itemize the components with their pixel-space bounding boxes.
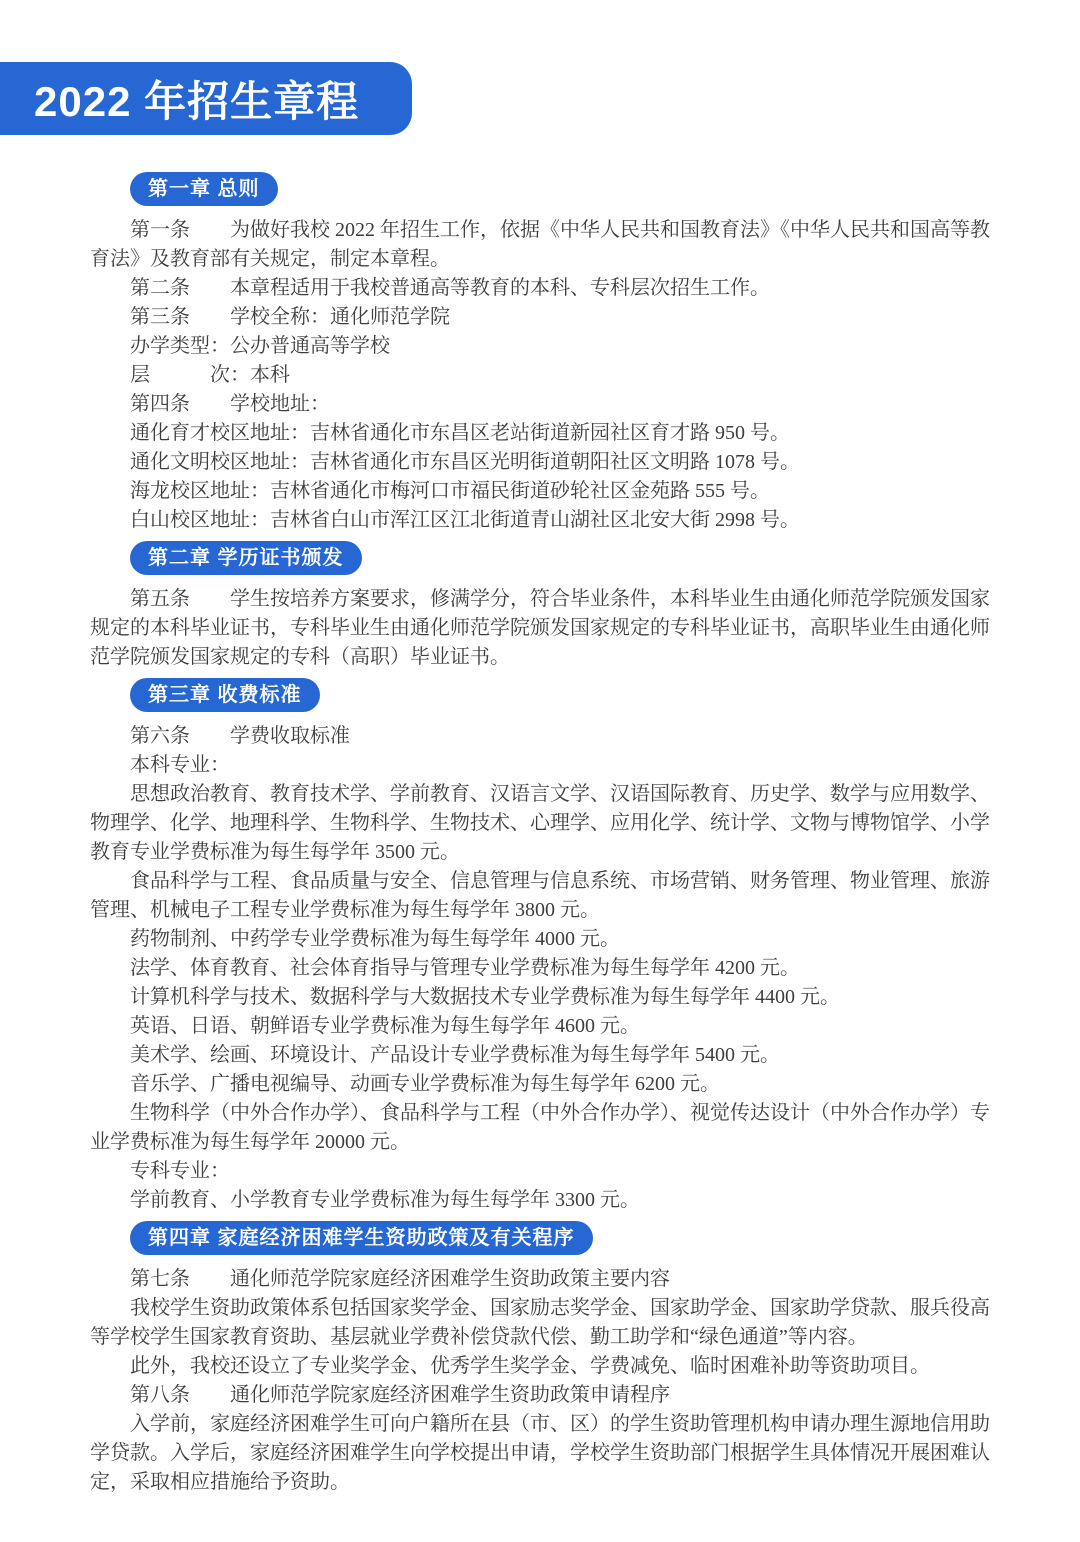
paragraph-campus-hailong: 海龙校区地址：吉林省通化市梅河口市福民街道砂轮社区金苑路 555 号。: [90, 477, 990, 506]
paragraph-article-5: 第五条 学生按培养方案要求，修满学分，符合毕业条件，本科毕业生由通化师范学院颁发…: [90, 585, 990, 672]
paragraph-aid-system: 我校学生资助政策体系包括国家奖学金、国家励志奖学金、国家助学金、国家助学贷款、服…: [90, 1294, 990, 1352]
paragraph-tuition-4400: 计算机科学与技术、数据科学与大数据技术专业学费标准为每生每学年 4400 元。: [90, 983, 990, 1012]
paragraph-article-6: 第六条 学费收取标准: [90, 722, 990, 751]
paragraph-article-1: 第一条 为做好我校 2022 年招生工作，依据《中华人民共和国教育法》《中华人民…: [90, 216, 990, 274]
paragraph-article-7: 第七条 通化师范学院家庭经济困难学生资助政策主要内容: [90, 1265, 990, 1294]
document-page: 2022 年招生章程 第一章 总则 第一条 为做好我校 2022 年招生工作，依…: [0, 0, 1080, 1542]
paragraph-tuition-4600: 英语、日语、朝鲜语专业学费标准为每生每学年 4600 元。: [90, 1012, 990, 1041]
paragraph-campus-yucai: 通化育才校区地址：吉林省通化市东昌区老站街道新园社区育才路 950 号。: [90, 419, 990, 448]
paragraph-tuition-20000: 生物科学（中外合作办学）、食品科学与工程（中外合作办学）、视觉传达设计（中外合作…: [90, 1099, 990, 1157]
paragraph-tuition-4200: 法学、体育教育、社会体育指导与管理专业学费标准为每生每学年 4200 元。: [90, 954, 990, 983]
paragraph-school-type: 办学类型：公办普通高等学校: [90, 332, 990, 361]
paragraph-aid-extra: 此外，我校还设立了专业奖学金、优秀学生奖学金、学费减免、临时困难补助等资助项目。: [90, 1352, 990, 1381]
paragraph-tuition-3800: 食品科学与工程、食品质量与安全、信息管理与信息系统、市场营销、财务管理、物业管理…: [90, 867, 990, 925]
paragraph-tuition-4000: 药物制剂、中药学专业学费标准为每生每学年 4000 元。: [90, 925, 990, 954]
paragraph-article-3: 第三条 学校全称：通化师范学院: [90, 303, 990, 332]
paragraph-level: 层 次：本科: [90, 361, 990, 390]
paragraph-tuition-5400: 美术学、绘画、环境设计、产品设计专业学费标准为每生每学年 5400 元。: [90, 1041, 990, 1070]
paragraph-article-8: 第八条 通化师范学院家庭经济困难学生资助政策申请程序: [90, 1381, 990, 1410]
document-content: 第一章 总则 第一条 为做好我校 2022 年招生工作，依据《中华人民共和国教育…: [90, 170, 990, 1497]
chapter-2-badge: 第二章 学历证书颁发: [130, 541, 362, 575]
chapter-3-badge: 第三章 收费标准: [130, 678, 320, 712]
paragraph-tuition-6200: 音乐学、广播电视编导、动画专业学费标准为每生每学年 6200 元。: [90, 1070, 990, 1099]
paragraph-article-2: 第二条 本章程适用于我校普通高等教育的本科、专科层次招生工作。: [90, 274, 990, 303]
paragraph-undergrad-label: 本科专业：: [90, 751, 990, 780]
paragraph-tuition-3300: 学前教育、小学教育专业学费标准为每生每学年 3300 元。: [90, 1186, 990, 1215]
paragraph-tuition-3500: 思想政治教育、教育技术学、学前教育、汉语言文学、汉语国际教育、历史学、数学与应用…: [90, 780, 990, 867]
chapter-4-badge: 第四章 家庭经济困难学生资助政策及有关程序: [130, 1221, 593, 1255]
paragraph-college-label: 专科专业：: [90, 1157, 990, 1186]
chapter-2-header: 第二章 学历证书颁发: [90, 541, 990, 575]
chapter-1-header: 第一章 总则: [90, 172, 990, 206]
paragraph-article-4: 第四条 学校地址：: [90, 390, 990, 419]
paragraph-campus-wenming: 通化文明校区地址：吉林省通化市东昌区光明街道朝阳社区文明路 1078 号。: [90, 448, 990, 477]
page-title: 2022 年招生章程: [34, 69, 359, 129]
chapter-4-header: 第四章 家庭经济困难学生资助政策及有关程序: [90, 1221, 990, 1255]
paragraph-campus-baishan: 白山校区地址：吉林省白山市浑江区江北街道青山湖社区北安大街 2998 号。: [90, 506, 990, 535]
chapter-1-badge: 第一章 总则: [130, 172, 278, 206]
title-banner: 2022 年招生章程: [0, 62, 412, 135]
chapter-3-header: 第三章 收费标准: [90, 678, 990, 712]
paragraph-aid-procedure: 入学前，家庭经济困难学生可向户籍所在县（市、区）的学生资助管理机构申请办理生源地…: [90, 1410, 990, 1497]
